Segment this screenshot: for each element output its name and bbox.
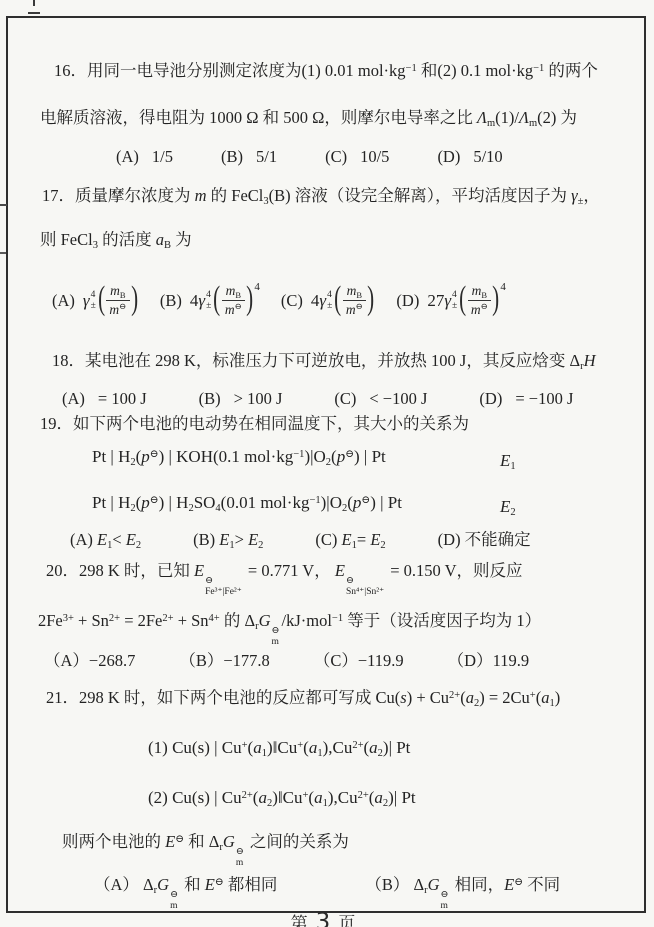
q17-options: (A)γ4±(mBm⊖) (B)4γ4±(mBm⊖)4 (C)4γ4±(mBm⊖… bbox=[52, 272, 505, 330]
q20-line1: 20．298 K 时，已知 E⊖Fe³⁺|Fe²⁺ = 0.771 V， E⊖S… bbox=[46, 560, 523, 597]
q18-option-c: (C)< −100 J bbox=[334, 388, 427, 410]
q16-options: (A)1/5 (B)5/1 (C)10/5 (D)5/10 bbox=[116, 146, 503, 168]
q17-line2: 则 FeCl3 的活度 aB 为 bbox=[40, 229, 192, 251]
q19-line1: 19．如下两个电池的电动势在相同温度下，其大小的关系为 bbox=[40, 413, 469, 435]
footer-page-number: 3 bbox=[316, 909, 339, 927]
scan-artifact-top bbox=[28, 4, 40, 14]
q19-cell1-emf-label: E1 bbox=[500, 450, 516, 473]
q17-line1: 17．质量摩尔浓度为 m 的 FeCl3(B) 溶液（设完全解离），平均活度因子… bbox=[42, 185, 600, 207]
q19-cell2-emf-label: E2 bbox=[500, 496, 516, 519]
q18-line1: 18．某电池在 298 K，标准压力下可逆放电，并放热 100 J，其反应焓变 … bbox=[52, 350, 596, 372]
q21-cell2-notation: (2) Cu(s) | Cu2+(a2)‖Cu+(a1),Cu2+(a2)| P… bbox=[148, 787, 416, 810]
q21-options: （A） ΔrG⊖m 和 E⊖ 都相同 （B） ΔrG⊖m 相同，E⊖ 不同 bbox=[94, 874, 560, 911]
q16-option-d: (D)5/10 bbox=[437, 146, 502, 168]
q20-option-b: （B）−177.8 bbox=[179, 650, 269, 672]
q19-option-d: (D) 不能确定 bbox=[438, 529, 531, 551]
q19-cell1-notation: Pt | H2(p⊖) | KOH(0.1 mol·kg−1)|O2(p⊖) |… bbox=[92, 446, 386, 469]
q17-option-b: (B)4γ4±(mBm⊖)4 bbox=[160, 284, 259, 318]
q16-line1: 16．用同一电导池分别测定浓度为(1) 0.01 mol·kg−1 和(2) 0… bbox=[54, 60, 598, 82]
q20-option-c: （C）−119.9 bbox=[314, 650, 404, 672]
q17-option-c: (C)4γ4±(mBm⊖) bbox=[281, 284, 375, 318]
q16-line2: 电解质溶液，得电阻为 1000 Ω 和 500 Ω，则摩尔电导率之比 Λm(1)… bbox=[40, 107, 577, 129]
q19-options: (A) E1< E2 (B) E1> E2 (C) E1= E2 (D) 不能确… bbox=[70, 529, 531, 551]
q16-option-a: (A)1/5 bbox=[116, 146, 173, 168]
q20-option-d: （D）119.9 bbox=[448, 650, 529, 672]
q21-line2: 则两个电池的 E⊖ 和 ΔrG⊖m 之间的关系为 bbox=[62, 831, 349, 868]
q16-option-c: (C)10/5 bbox=[325, 146, 389, 168]
q18-option-b: (B)> 100 J bbox=[199, 388, 283, 410]
scan-artifact-left-2 bbox=[0, 252, 6, 254]
q19-option-b: (B) E1> E2 bbox=[193, 529, 263, 551]
q20-line2: 2Fe3+ + Sn2+ = 2Fe2+ + Sn4+ 的 ΔrG⊖m/kJ·m… bbox=[38, 610, 541, 647]
scanned-exam-page: 16．用同一电导池分别测定浓度为(1) 0.01 mol·kg−1 和(2) 0… bbox=[0, 0, 654, 927]
q21-cell1-notation: (1) Cu(s) | Cu+(a1)‖Cu+(a1),Cu2+(a2)| Pt bbox=[148, 737, 410, 760]
q21-line1: 21．298 K 时，如下两个电池的反应都可写成 Cu(s) + Cu2+(a2… bbox=[46, 687, 560, 709]
q21-option-a: （A） ΔrG⊖m 和 E⊖ 都相同 bbox=[94, 874, 277, 911]
q19-cell2-notation: Pt | H2(p⊖) | H2SO4(0.01 mol·kg−1)|O2(p⊖… bbox=[92, 492, 402, 515]
q16-option-b: (B)5/1 bbox=[221, 146, 277, 168]
page-footer: 第3页 bbox=[0, 909, 654, 927]
q20-options: （A）−268.7 （B）−177.8 （C）−119.9 （D）119.9 bbox=[44, 650, 529, 672]
scan-artifact-left-1 bbox=[0, 204, 7, 206]
footer-prefix: 第 bbox=[291, 914, 316, 927]
q18-option-a: (A)= 100 J bbox=[62, 388, 147, 410]
footer-suffix: 页 bbox=[338, 914, 363, 927]
q17-option-d: (D)27γ4±(mBm⊖)4 bbox=[396, 284, 504, 318]
q19-option-a: (A) E1< E2 bbox=[70, 529, 141, 551]
q19-option-c: (C) E1= E2 bbox=[315, 529, 385, 551]
q21-option-b: （B） ΔrG⊖m 相同，E⊖ 不同 bbox=[365, 874, 560, 911]
q18-option-d: (D)= −100 J bbox=[479, 388, 573, 410]
q18-options: (A)= 100 J (B)> 100 J (C)< −100 J (D)= −… bbox=[62, 388, 573, 410]
q17-option-a: (A)γ4±(mBm⊖) bbox=[52, 284, 138, 318]
q20-option-a: （A）−268.7 bbox=[44, 650, 135, 672]
